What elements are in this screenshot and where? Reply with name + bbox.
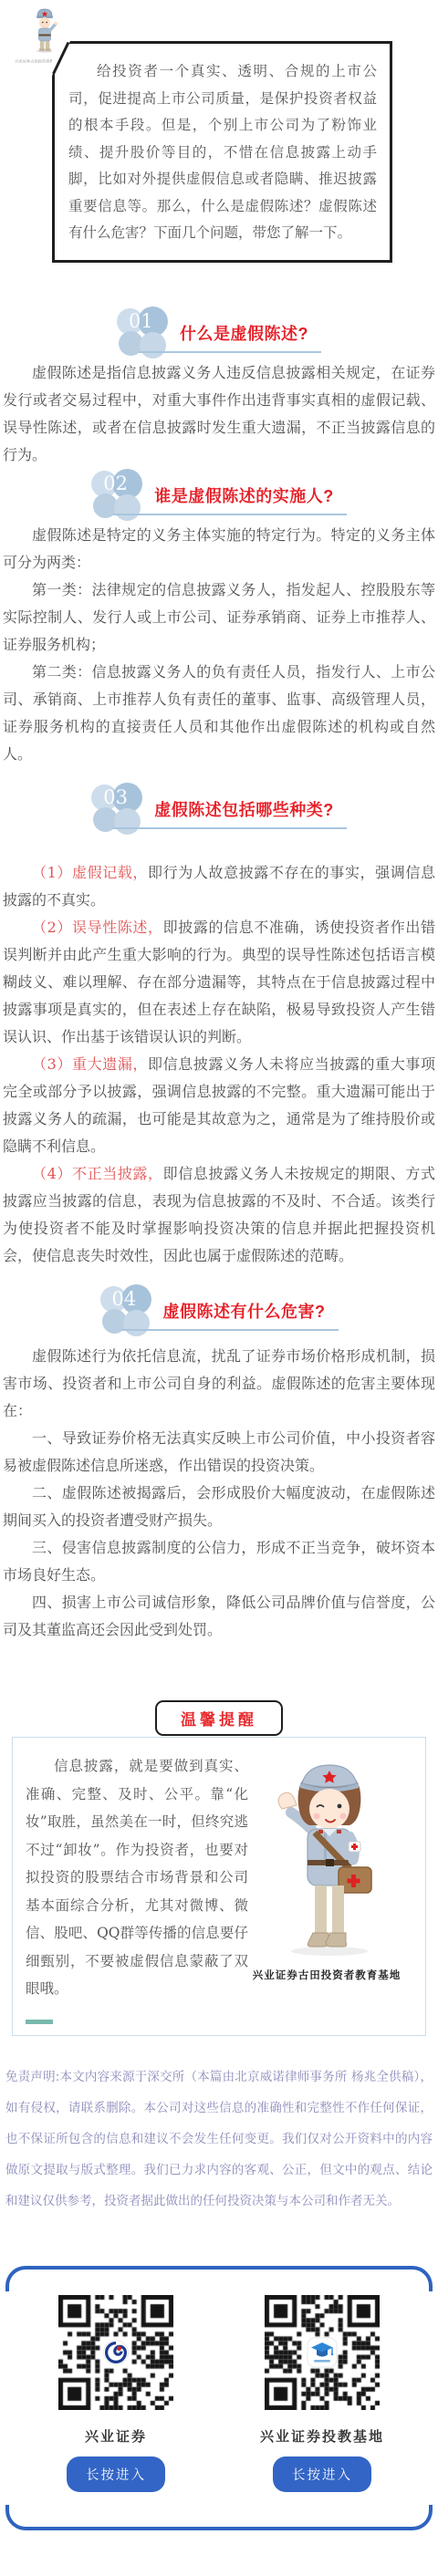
nurse-illustration xyxy=(255,1749,405,1957)
intro-box: 给投资者一个真实、透明、合规的上市公司，促进提高上市公司质量，是保护投资者权益的… xyxy=(52,41,392,263)
paragraph-lead: （1）虚假记载， xyxy=(32,864,148,881)
section-number: 01 xyxy=(129,310,153,332)
paragraph: 虚假陈述行为依托信息流，扰乱了证券市场价格形成机制，损害市场、投资者和上市公司自… xyxy=(3,1343,435,1425)
xingye-securities-logo-icon xyxy=(103,2340,129,2365)
paragraph-text: 第一类：法律规定的信息披露义务人，指发起人、控股股东等实际控制人、发行人或上市公… xyxy=(3,581,435,653)
title-underline xyxy=(113,827,347,829)
paragraph: （2）误导性陈述，即披露的信息不准确，诱使投资者作出错误判断并由此产生重大影响的… xyxy=(3,914,435,1051)
reminder-box: 信息披露，就是要做到真实、准确、完整、及时、公平。靠“化妆”取胜，虽然美在一时，… xyxy=(12,1737,426,2036)
paragraph-text: 即披露的信息不准确，诱使投资者作出错误判断并由此产生重大影响的行为。典型的误导性… xyxy=(3,919,435,1045)
section-number: 03 xyxy=(103,786,128,808)
paragraph-lead: （4）不正当披露， xyxy=(32,1165,163,1182)
paragraph: 四、损害上市公司诚信形象，降低公司品牌价值与信誉度，公司及其董监高还会因此受到处… xyxy=(3,1589,435,1644)
paragraph: 虚假陈述是特定的义务主体实施的特定行为。特定的义务主体可分为两类： xyxy=(3,522,435,576)
footer: 兴业证券 长按进入 兴业证券投教基地 长按进入 xyxy=(5,2266,433,2530)
paragraph-text: 虚假陈述是特定的义务主体实施的特定行为。特定的义务主体可分为两类： xyxy=(3,526,435,571)
paragraph: 三、侵害信息披露制度的公信力，形成不正当竞争，破坏资本市场良好生态。 xyxy=(3,1534,435,1589)
paragraph-text: 虚假陈述行为依托信息流，扰乱了证券市场价格形成机制，损害市场、投资者和上市公司自… xyxy=(3,1347,435,1419)
paragraph: 第二类：信息披露义务人的负有责任人员，指发行人、上市公司、承销商、上市推荐人负有… xyxy=(3,659,435,768)
title-underline xyxy=(113,514,347,515)
section-3-header: 03 虚假陈述包括哪些种类? xyxy=(0,783,438,836)
qr-label: 兴业证券 xyxy=(20,2426,212,2446)
paragraph: 虚假陈述是指信息披露义务人违反信息披露相关规定，在证券发行或者交易过程中，对重大… xyxy=(3,359,435,469)
section-title: 谁是虚假陈述的实施人? xyxy=(154,483,347,507)
section-title: 虚假陈述包括哪些种类? xyxy=(154,797,347,821)
article-page: 兴业证券古田投资者教育基地 给投资者一个真实、透明、合规的上市公司，促进提高上市… xyxy=(0,0,438,2576)
paragraph-text: 一、导致证券价格无法真实反映上市公司价值，中小投资者容易被虚假陈述信息所迷惑，作… xyxy=(3,1429,435,1474)
reminder-badge-label: 温馨提醒 xyxy=(155,1700,283,1736)
paragraph: 一、导致证券价格无法真实反映上市公司价值，中小投资者容易被虚假陈述信息所迷惑，作… xyxy=(3,1425,435,1480)
paragraph-text: 四、损害上市公司诚信形象，降低公司品牌价值与信誉度，公司及其董监高还会因此受到处… xyxy=(3,1594,435,1638)
paragraph-text: 第二类：信息披露义务人的负有责任人员，指发行人、上市公司、承销商、上市推荐人负有… xyxy=(3,663,435,763)
paragraph-text: 三、侵害信息披露制度的公信力，形成不正当竞争，破坏资本市场良好生态。 xyxy=(3,1539,435,1584)
paragraph-lead: （2）误导性陈述， xyxy=(32,919,163,936)
footer-frame-top xyxy=(5,2266,433,2291)
paragraph: （1）虚假记载，即行为人故意披露不存在的事实，强调信息披露的不真实。 xyxy=(3,859,435,914)
disclaimer-text: 免责声明:本文内容来源于深交所（本篇由北京威诺律师事务所 杨兆全供稿），如有侵权… xyxy=(5,2062,433,2217)
intro-text: 给投资者一个真实、透明、合规的上市公司，促进提高上市公司质量，是保护投资者权益的… xyxy=(68,58,377,247)
section-number: 04 xyxy=(112,1288,137,1310)
section-1-header: 01 什么是虚假陈述? xyxy=(0,306,438,359)
investor-education-base-logo-icon xyxy=(307,2337,338,2368)
corner-fold-decoration xyxy=(52,41,72,76)
paragraph-text: 虚假陈述是指信息披露义务人违反信息披露相关规定，在证券发行或者交易过程中，对重大… xyxy=(3,364,435,463)
paragraph-text: 二、虚假陈述被揭露后，会形成股价大幅度波动，在虚假陈述期间买入的投资者遭受财产损… xyxy=(3,1484,435,1529)
title-underline xyxy=(139,351,321,353)
qr-row: 兴业证券 长按进入 兴业证券投教基地 长按进入 xyxy=(5,2295,433,2492)
reminder-badge: 温馨提醒 xyxy=(0,1700,438,1736)
paragraph: 二、虚假陈述被揭露后，会形成股价大幅度波动，在虚假陈述期间买入的投资者遭受财产损… xyxy=(3,1480,435,1534)
qr-label: 兴业证券投教基地 xyxy=(226,2426,418,2446)
illustration-caption: 兴业证券古田投资者教育基地 xyxy=(230,1968,423,1982)
paragraph: 第一类：法律规定的信息披露义务人，指发起人、控股股东等实际控制人、发行人或上市公… xyxy=(3,576,435,659)
sections: 01 什么是虚假陈述? 虚假陈述是指信息披露义务人违反信息披露相关规定，在证券发… xyxy=(0,306,438,1675)
paragraph: （3）重大遗漏，即信息披露义务人未将应当披露的重大事项完全或部分予以披露，强调信… xyxy=(3,1051,435,1160)
paragraph-lead: （3）重大遗漏， xyxy=(32,1055,148,1073)
section-title: 虚假陈述有什么危害? xyxy=(163,1299,339,1323)
title-underline xyxy=(122,1329,339,1331)
paragraph: （4）不正当披露，即信息披露义务人未按规定的期限、方式披露应当披露的信息，表现为… xyxy=(3,1160,435,1270)
section-number: 02 xyxy=(103,473,128,494)
long-press-enter-button[interactable]: 长按进入 xyxy=(67,2457,165,2492)
section-2-header: 02 谁是虚假陈述的实施人? xyxy=(0,469,438,522)
qr-card-toujiao: 兴业证券投教基地 长按进入 xyxy=(226,2295,418,2492)
footer-frame-bottom xyxy=(5,2505,433,2530)
reminder-text: 信息披露，就是要做到真实、准确、完整、及时、公平。靠“化妆”取胜，虽然美在一时，… xyxy=(26,1752,248,2003)
qr-card-xyzq: 兴业证券 长按进入 xyxy=(20,2295,212,2492)
section-4-header: 04 虚假陈述有什么危害? xyxy=(0,1284,438,1337)
long-press-enter-button[interactable]: 长按进入 xyxy=(273,2457,371,2492)
section-title: 什么是虚假陈述? xyxy=(180,321,321,345)
teal-dash-decoration xyxy=(26,2020,53,2024)
